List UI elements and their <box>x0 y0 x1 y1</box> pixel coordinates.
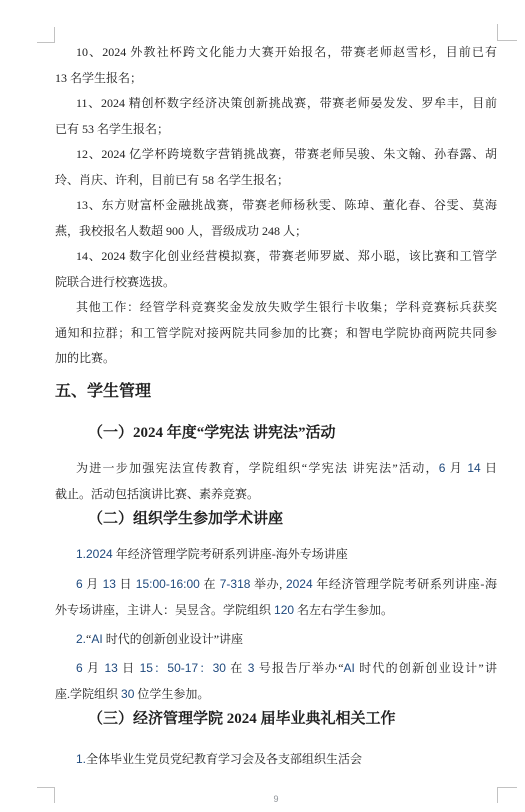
number-run: 14 <box>467 461 480 475</box>
text-line: 已有 53 名学生报名； <box>55 117 497 143</box>
text-run: 为进一步加强宪法宣传教育，学院组织“学宪法 讲宪法”活动， <box>76 461 439 475</box>
text-run: 日 <box>481 461 497 475</box>
text-line: 13、东方财富杯金融挑战赛，带赛老师杨秋雯、陈琸、董化春、谷雯、莫海 <box>55 193 497 219</box>
text-run: 年经济管理学院考研系列讲座-海 <box>313 577 497 591</box>
text-line: 10、2024 外教社杯跨文化能力大赛开始报名，带赛老师赵雪杉，目前已有 <box>55 40 497 66</box>
text-run: 时代的创新创业设计”讲座 <box>103 632 243 646</box>
text-run: 举办, <box>250 577 286 591</box>
document-page: { "page": { "number": "9" }, "colors": {… <box>0 0 525 812</box>
crop-mark-bottom-right <box>497 787 517 803</box>
text-run: 14、2024 数字化创业经营模拟赛，带赛老师罗崴、郑小聪，该比赛和工管学 <box>76 249 497 263</box>
number-run: 15:00-16:00 <box>136 577 200 591</box>
text-run: 月 <box>83 661 105 675</box>
text-line: 院联合进行校赛选拔。 <box>55 270 497 296</box>
crop-mark-bottom-left <box>37 787 55 803</box>
text-line: 13 名学生报名； <box>55 66 497 92</box>
text-run: （二）组织学生参加学术讲座 <box>88 511 283 527</box>
number-run: 7-318 <box>220 577 251 591</box>
subsection-heading: （三）经济管理学院 2024 届毕业典礼相关工作 <box>55 706 497 732</box>
text-run: 通知和拉群；和工管学院对接两院共同参加的比赛；和智电学院协商两院共同参 <box>55 326 497 340</box>
text-run: 加的比赛。 <box>55 351 115 365</box>
text-run: 位学生参加。 <box>134 687 209 701</box>
text-line: 1.2024 年经济管理学院考研系列讲座-海外专场讲座 <box>55 542 497 568</box>
text-run: 院联合进行校赛选拔。 <box>55 275 175 289</box>
text-line: 12、2024 亿学杯跨境数字营销挑战赛，带赛老师吴骏、朱文翰、孙春露、胡 <box>55 142 497 168</box>
text-run: 日 <box>116 577 136 591</box>
crop-mark-top-right <box>497 24 517 41</box>
text-run: 玲、肖庆、许利，目前已有 58 名学生报名； <box>55 173 289 187</box>
subsection-heading: （一）2024 年度“学宪法 讲宪法”活动 <box>55 420 497 446</box>
text-line: 其他工作：经管学科竞赛奖金发放失败学生银行卡收集；学科竞赛标兵获奖 <box>55 295 497 321</box>
text-run: 燕，我校报名人数超 900 人，晋级成功 248 人； <box>55 224 307 238</box>
text-line: 通知和拉群；和工管学院对接两院共同参加的比赛；和智电学院协商两院共同参 <box>55 321 497 347</box>
text-run: 号报告厅举办“ <box>254 661 343 675</box>
number-run: 2024 <box>286 577 313 591</box>
text-run: 外专场讲座，主讲人：吴昱含。学院组织 <box>55 603 274 617</box>
number-run: 30 <box>121 687 134 701</box>
text-run: 13、东方财富杯金融挑战赛，带赛老师杨秋雯、陈琸、董化春、谷雯、莫海 <box>76 198 497 212</box>
number-run: 13 <box>104 661 117 675</box>
text-run: 在 <box>226 661 248 675</box>
crop-mark-top-left <box>37 27 55 43</box>
text-line: 14、2024 数字化创业经营模拟赛，带赛老师罗崴、郑小聪，该比赛和工管学 <box>55 244 497 270</box>
text-run: 日 <box>118 661 140 675</box>
subsection-heading: （二）组织学生参加学术讲座 <box>55 506 497 532</box>
text-run: 年经济管理学院考研系列讲座-海外专场讲座 <box>113 547 348 561</box>
text-line: 2.“AI 时代的创新创业设计”讲座 <box>55 627 497 653</box>
text-line: 为进一步加强宪法宣传教育，学院组织“学宪法 讲宪法”活动，6 月 14 日 <box>55 456 497 482</box>
text-run: 13 名学生报名； <box>55 71 142 85</box>
text-run: 在 <box>200 577 220 591</box>
number-run: 6 <box>76 577 83 591</box>
text-line: 外专场讲座，主讲人：吴昱含。学院组织 120 名左右学生参加。 <box>55 598 497 624</box>
number-run: 13 <box>103 577 116 591</box>
text-run: 五、学生管理 <box>55 383 151 400</box>
text-run: 其他工作：经管学科竞赛奖金发放失败学生银行卡收集；学科竞赛标兵获奖 <box>76 300 497 314</box>
text-line: 截止。活动包括演讲比赛、素养竞赛。 <box>55 482 497 508</box>
page-number: 9 <box>55 793 497 805</box>
text-run: 10、2024 外教社杯跨文化能力大赛开始报名，带赛老师赵雪杉，目前已有 <box>76 45 497 59</box>
text-line: 加的比赛。 <box>55 346 497 372</box>
number-run: AI <box>91 632 102 646</box>
text-line: 6 月 13 日 15：50-17：30 在 3 号报告厅举办“AI 时代的创新… <box>55 656 497 682</box>
number-run: AI <box>344 661 355 675</box>
section-heading: 五、学生管理 <box>55 376 497 407</box>
text-run: 全体毕业生党员党纪教育学习会及各支部组织生活会 <box>86 752 362 766</box>
number-run: 1.2024 <box>76 547 113 561</box>
text-line: 座.学院组织 30 位学生参加。 <box>55 682 497 708</box>
document-body: 10、2024 外教社杯跨文化能力大赛开始报名，带赛老师赵雪杉，目前已有13 名… <box>55 40 497 773</box>
number-run: 2. <box>76 632 86 646</box>
text-run: 截止。活动包括演讲比赛、素养竞赛。 <box>55 487 259 501</box>
text-run: 月 <box>83 577 103 591</box>
text-run: 月 <box>445 461 467 475</box>
number-run: 15：50-17：30 <box>140 661 226 675</box>
text-line: 燕，我校报名人数超 900 人，晋级成功 248 人； <box>55 219 497 245</box>
text-run: 已有 53 名学生报名； <box>55 122 169 136</box>
number-run: 1. <box>76 752 86 766</box>
text-line: 1.全体毕业生党员党纪教育学习会及各支部组织生活会 <box>55 747 497 773</box>
text-run: （三）经济管理学院 2024 届毕业典礼相关工作 <box>88 711 396 727</box>
number-run: 120 <box>274 603 294 617</box>
text-line: 11、2024 精创杯数字经济决策创新挑战赛，带赛老师晏发发、罗牟丰，目前 <box>55 91 497 117</box>
text-run: 11、2024 精创杯数字经济决策创新挑战赛，带赛老师晏发发、罗牟丰，目前 <box>76 96 497 110</box>
text-run: 时代的创新创业设计”讲 <box>355 661 497 675</box>
text-run: 座.学院组织 <box>55 687 121 701</box>
text-run: （一）2024 年度“学宪法 讲宪法”活动 <box>88 425 336 441</box>
text-line: 玲、肖庆、许利，目前已有 58 名学生报名； <box>55 168 497 194</box>
text-run: 名左右学生参加。 <box>294 603 393 617</box>
text-line: 6 月 13 日 15:00-16:00 在 7-318 举办, 2024 年经… <box>55 572 497 598</box>
text-run: 12、2024 亿学杯跨境数字营销挑战赛，带赛老师吴骏、朱文翰、孙春露、胡 <box>76 147 497 161</box>
number-run: 6 <box>76 661 83 675</box>
